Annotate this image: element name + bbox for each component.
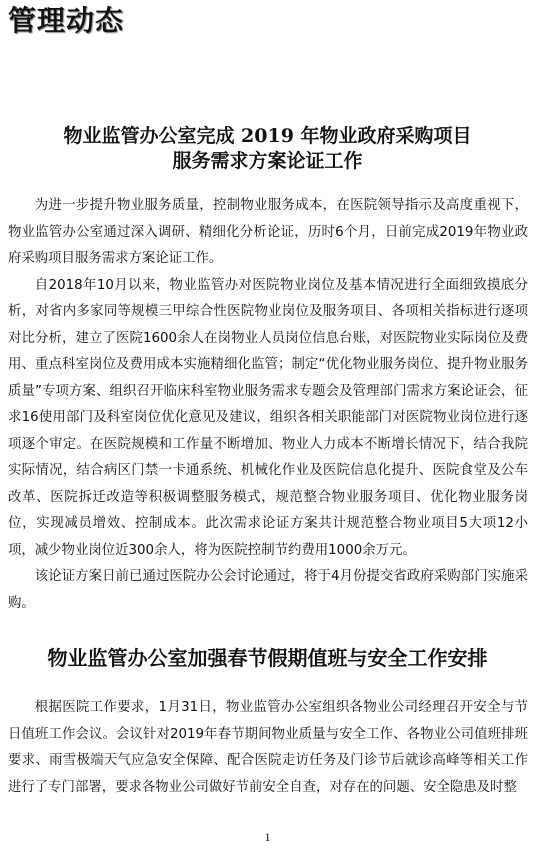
section-header: 管理动态 — [8, 4, 124, 38]
article-title-1-line-2: 服务需求方案论证工作 — [0, 149, 535, 174]
article-2-body: 根据医院工作要求，1月31日，物业监管办公室组织各物业公司经理召开安全与节日值班… — [8, 695, 528, 801]
article-2-paragraph-1: 根据医院工作要求，1月31日，物业监管办公室组织各物业公司经理召开安全与节日值班… — [8, 695, 528, 801]
article-1-paragraph-1: 为进一步提升物业服务质量，控制物业服务成本，在医院领导指示及高度重视下，物业监管… — [8, 193, 528, 273]
article-1-paragraph-3: 该论证方案日前已通过医院办公会讨论通过，将于4月份提交省政府采购部门实施采购。 — [8, 564, 528, 617]
article-title-2-line-1: 物业监管办公室加强春节假期值班与安全工作安排 — [0, 646, 535, 671]
page-number: 1 — [0, 830, 535, 845]
article-title-1: 物业监管办公室完成 2019 年物业政府采购项目 服务需求方案论证工作 — [0, 124, 535, 174]
article-1-paragraph-2: 自2018年10月以来，物业监管办对医院物业岗位及基本情况进行全面细致摸底分析，… — [8, 273, 528, 565]
article-title-2: 物业监管办公室加强春节假期值班与安全工作安排 — [0, 646, 535, 671]
article-1-body: 为进一步提升物业服务质量，控制物业服务成本，在医院领导指示及高度重视下，物业监管… — [8, 193, 528, 617]
article-title-1-line-1: 物业监管办公室完成 2019 年物业政府采购项目 — [0, 124, 535, 149]
